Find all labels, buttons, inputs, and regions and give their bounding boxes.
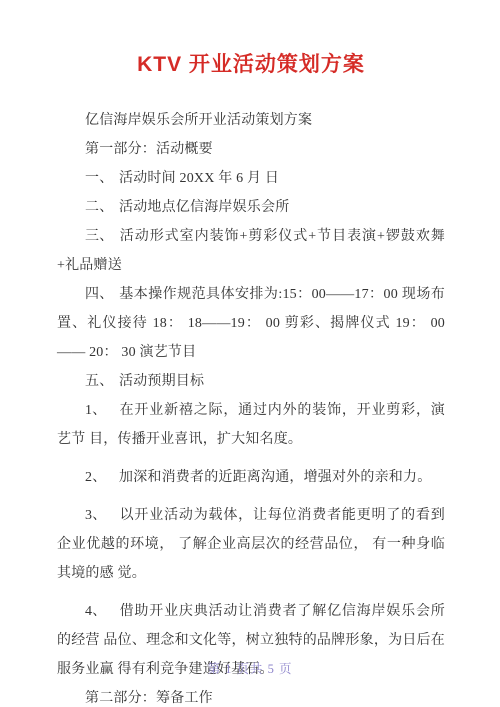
list-label: 一、 bbox=[85, 164, 119, 193]
paragraph: 四、基本操作规范具体安排为:15：00——17：00 现场布 置、礼仪接待 18… bbox=[57, 280, 445, 367]
list-label: 4、 bbox=[85, 597, 119, 626]
page-canvas: KTV 开业活动策划方案 亿信海岸娱乐会所开业活动策划方案 第一部分：活动概要 … bbox=[0, 0, 500, 707]
list-label: 三、 bbox=[85, 222, 119, 251]
list-label: 2、 bbox=[85, 463, 119, 492]
list-label: 3、 bbox=[85, 501, 119, 530]
paragraph-text: 活动地点亿信海岸娱乐会所 bbox=[119, 200, 289, 215]
paragraph: 第一部分：活动概要 bbox=[57, 135, 445, 164]
list-label: 二、 bbox=[85, 193, 119, 222]
page-number-text: 第 1 页共 5 页 bbox=[207, 662, 292, 676]
document-page: { "document": { "title": "KTV 开业活动策划方案",… bbox=[0, 0, 500, 707]
paragraph: 五、活动预期目标 bbox=[57, 367, 445, 396]
paragraph-text: 活动时间 20XX 年 6 月 日 bbox=[119, 171, 279, 186]
paragraph: 第二部分：筹备工作 bbox=[57, 684, 445, 707]
paragraph-text: 第二部分：筹备工作 bbox=[85, 691, 213, 706]
paragraph: 三、活动形式室内装饰+剪彩仪式+节目表演+锣鼓欢舞+礼品赠送 bbox=[57, 222, 445, 280]
list-label: 四、 bbox=[85, 280, 119, 309]
list-label: 五、 bbox=[85, 367, 119, 396]
paragraph-text: 第一部分：活动概要 bbox=[85, 142, 213, 157]
document-title: KTV 开业活动策划方案 bbox=[57, 50, 445, 80]
paragraph-text: 活动预期目标 bbox=[119, 374, 204, 389]
page-footer: 第 1 页共 5 页 bbox=[0, 659, 500, 677]
paragraph-text: 加深和消费者的近距离沟通，增强对外的亲和力。 bbox=[119, 470, 431, 485]
paragraph: 二、活动地点亿信海岸娱乐会所 bbox=[57, 193, 445, 222]
paragraph: 一、活动时间 20XX 年 6 月 日 bbox=[57, 164, 445, 193]
document-body: 亿信海岸娱乐会所开业活动策划方案 第一部分：活动概要 一、活动时间 20XX 年… bbox=[57, 106, 445, 707]
paragraph: 1、在开业新禧之际，通过内外的装饰，开业剪彩，演艺节 目，传播开业喜讯，扩大知名… bbox=[57, 396, 445, 454]
paragraph: 亿信海岸娱乐会所开业活动策划方案 bbox=[57, 106, 445, 135]
paragraph-text: 亿信海岸娱乐会所开业活动策划方案 bbox=[85, 113, 312, 128]
paragraph: 3、以开业活动为载体，让每位消费者能更明了的看到企业优越的环境， 了解企业高层次… bbox=[57, 501, 445, 588]
list-label: 1、 bbox=[85, 396, 119, 425]
paragraph: 2、加深和消费者的近距离沟通，增强对外的亲和力。 bbox=[57, 463, 445, 492]
